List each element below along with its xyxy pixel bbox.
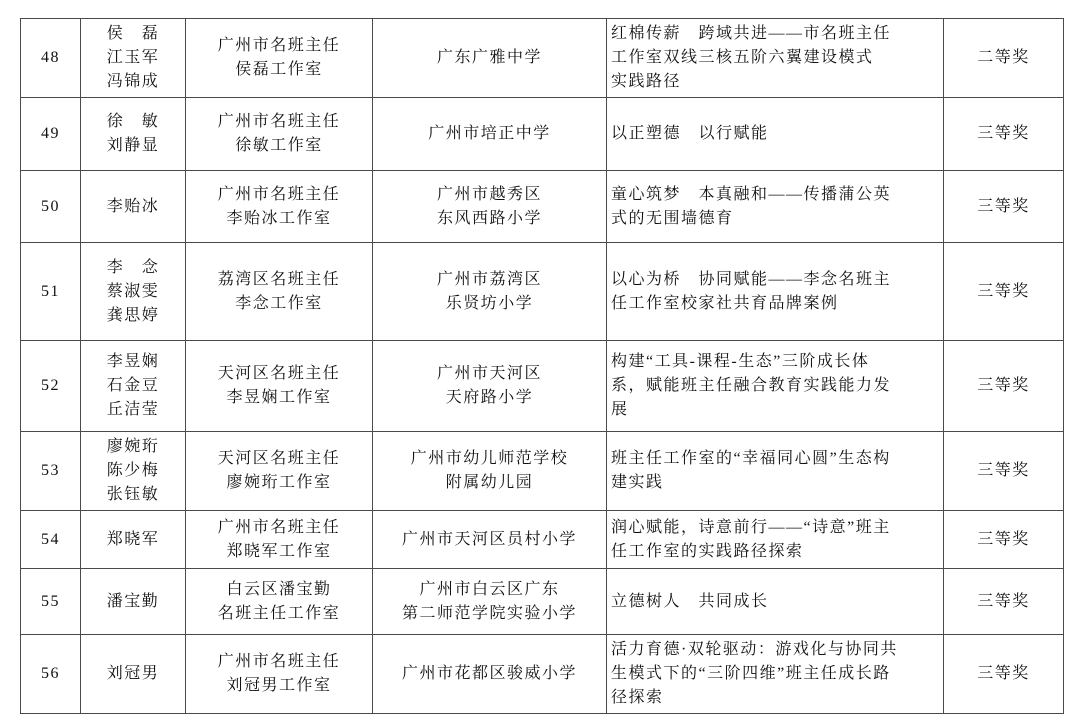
school-cell: 广州市天河区 天府路小学 [373,341,607,432]
title-cell: 活力育德·双轮驱动：游戏化与协同共 生模式下的“三阶四维”班主任成长路 径探索 [607,635,944,714]
award-cell: 三等奖 [944,511,1064,569]
school-cell: 广州市荔湾区 乐贤坊小学 [373,243,607,341]
school-cell: 广州市幼儿师范学校 附属幼儿园 [373,432,607,511]
school-cell: 广州市白云区广东 第二师范学院实验小学 [373,569,607,635]
award-cell: 三等奖 [944,635,1064,714]
workspace-cell: 广州市名班主任 李贻冰工作室 [186,171,373,243]
names-text: 潘宝勤 [107,590,160,614]
names-cell: 廖婉珩 陈少梅 张钰敏 [81,432,186,511]
title-cell: 班主任工作室的“幸福同心圆”生态构 建实践 [607,432,944,511]
names-cell: 李贻冰 [81,171,186,243]
award-cell: 三等奖 [944,243,1064,341]
serial-cell: 51 [21,243,81,341]
school-cell: 广东广雅中学 [373,19,607,98]
title-cell: 以心为桥 协同赋能——李念名班主 任工作室校家社共育品牌案例 [607,243,944,341]
title-cell: 构建“工具-课程-生态”三阶成长体 系，赋能班主任融合教育实践能力发 展 [607,341,944,432]
serial-cell: 48 [21,19,81,98]
school-cell: 广州市花都区骏威小学 [373,635,607,714]
award-cell: 三等奖 [944,171,1064,243]
workspace-cell: 广州市名班主任 侯磊工作室 [186,19,373,98]
serial-cell: 56 [21,635,81,714]
award-results-table: 48 侯 磊 江玉军 冯锦成 广州市名班主任 侯磊工作室 广东广雅中学 红棉传薪… [20,18,1064,714]
serial-cell: 53 [21,432,81,511]
table-row: 48 侯 磊 江玉军 冯锦成 广州市名班主任 侯磊工作室 广东广雅中学 红棉传薪… [21,19,1064,98]
table-row: 55 潘宝勤 白云区潘宝勤 名班主任工作室 广州市白云区广东 第二师范学院实验小… [21,569,1064,635]
names-cell: 刘冠男 [81,635,186,714]
serial-cell: 54 [21,511,81,569]
title-cell: 润心赋能，诗意前行——“诗意”班主 任工作室的实践路径探索 [607,511,944,569]
names-text: 李贻冰 [107,195,160,219]
workspace-cell: 广州市名班主任 徐敏工作室 [186,98,373,171]
title-cell: 红棉传薪 跨域共进——市名班主任 工作室双线三核五阶六翼建设模式 实践路径 [607,19,944,98]
award-cell: 三等奖 [944,432,1064,511]
names-text: 徐 敏 刘静显 [107,110,160,158]
workspace-cell: 荔湾区名班主任 李念工作室 [186,243,373,341]
school-cell: 广州市天河区员村小学 [373,511,607,569]
serial-cell: 49 [21,98,81,171]
table-row: 56 刘冠男 广州市名班主任 刘冠男工作室 广州市花都区骏威小学 活力育德·双轮… [21,635,1064,714]
school-cell: 广州市越秀区 东风西路小学 [373,171,607,243]
workspace-cell: 白云区潘宝勤 名班主任工作室 [186,569,373,635]
serial-cell: 52 [21,341,81,432]
names-cell: 侯 磊 江玉军 冯锦成 [81,19,186,98]
names-cell: 李 念 蔡淑雯 龚思婷 [81,243,186,341]
table-row: 49 徐 敏 刘静显 广州市名班主任 徐敏工作室 广州市培正中学 以正塑德 以行… [21,98,1064,171]
names-text: 李昱娴 石金豆 丘洁莹 [107,350,160,422]
table-body: 48 侯 磊 江玉军 冯锦成 广州市名班主任 侯磊工作室 广东广雅中学 红棉传薪… [21,19,1064,714]
table-row: 50 李贻冰 广州市名班主任 李贻冰工作室 广州市越秀区 东风西路小学 童心筑梦… [21,171,1064,243]
names-text: 廖婉珩 陈少梅 张钰敏 [107,435,160,507]
title-cell: 立德树人 共同成长 [607,569,944,635]
names-cell: 潘宝勤 [81,569,186,635]
serial-cell: 50 [21,171,81,243]
award-cell: 三等奖 [944,569,1064,635]
table-row: 51 李 念 蔡淑雯 龚思婷 荔湾区名班主任 李念工作室 广州市荔湾区 乐贤坊小… [21,243,1064,341]
title-cell: 童心筑梦 本真融和——传播蒲公英 式的无围墙德育 [607,171,944,243]
names-cell: 徐 敏 刘静显 [81,98,186,171]
award-cell: 二等奖 [944,19,1064,98]
workspace-cell: 天河区名班主任 廖婉珩工作室 [186,432,373,511]
names-text: 刘冠男 [107,662,160,686]
workspace-cell: 广州市名班主任 刘冠男工作室 [186,635,373,714]
table-row: 52 李昱娴 石金豆 丘洁莹 天河区名班主任 李昱娴工作室 广州市天河区 天府路… [21,341,1064,432]
serial-cell: 55 [21,569,81,635]
workspace-cell: 广州市名班主任 郑晓军工作室 [186,511,373,569]
names-cell: 郑晓军 [81,511,186,569]
title-cell: 以正塑德 以行赋能 [607,98,944,171]
names-text: 郑晓军 [107,528,160,552]
school-cell: 广州市培正中学 [373,98,607,171]
names-cell: 李昱娴 石金豆 丘洁莹 [81,341,186,432]
names-text: 李 念 蔡淑雯 龚思婷 [107,256,160,328]
workspace-cell: 天河区名班主任 李昱娴工作室 [186,341,373,432]
names-text: 侯 磊 江玉军 冯锦成 [107,22,160,94]
table-row: 53 廖婉珩 陈少梅 张钰敏 天河区名班主任 廖婉珩工作室 广州市幼儿师范学校 … [21,432,1064,511]
award-cell: 三等奖 [944,341,1064,432]
document-page: 48 侯 磊 江玉军 冯锦成 广州市名班主任 侯磊工作室 广东广雅中学 红棉传薪… [0,0,1080,715]
award-cell: 三等奖 [944,98,1064,171]
table-row: 54 郑晓军 广州市名班主任 郑晓军工作室 广州市天河区员村小学 润心赋能，诗意… [21,511,1064,569]
